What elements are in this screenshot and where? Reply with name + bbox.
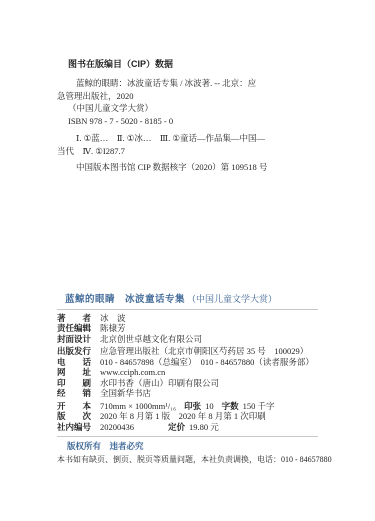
vertical-spacer [57, 174, 318, 293]
row-label: 出版发行 [57, 346, 91, 357]
row-subvalue: 19.80 元 [189, 422, 219, 432]
row-publisher: 出版发行应急管理出版社（北京市朝阳区芍药居 35 号 100029） [57, 346, 318, 357]
cip-line: （中国儿童文学大赏） [57, 102, 318, 115]
footer-block: 版权所有 违者必究 本书如有缺页、倒页、脱页等质量问题，本社负责调换，电话：01… [57, 441, 318, 466]
row-internal-number-price: 社内编号20200436定价19.80 元 [57, 422, 318, 433]
row-author: 著 者冰 波 [57, 313, 318, 324]
row-editor: 责任编辑陈棣芳 [57, 323, 318, 334]
row-phone: 电 话010 - 84657898（总编室） 010 - 84657880（读者… [57, 357, 318, 368]
row-value: 北京创世卓越文化有限公司 [100, 334, 202, 344]
row-website: 网 址www.cciph.com.cn [57, 367, 318, 378]
row-value: 710mm × 1000mm¹/₁₆ [100, 401, 176, 411]
cip-heading: 图书在版编目（CIP）数据 [57, 58, 318, 71]
colophon-table: 著 者冰 波 责任编辑陈棣芳 封面设计北京创世卓越文化有限公司 出版发行应急管理… [57, 313, 318, 433]
exchange-notice: 本书如有缺页、倒页、脱页等质量问题，本社负责调换，电话：010 - 846578… [57, 454, 318, 466]
cip-line: 蓝鲸的眼睛：冰波童话专集 / 冰波著. -- 北京：应 [57, 77, 318, 90]
row-cover-design: 封面设计北京创世卓越文化有限公司 [57, 334, 318, 345]
row-label: 社内编号 [57, 422, 91, 433]
row-value: 陈棣芳 [100, 323, 126, 333]
row-sublabel: 定价 [168, 422, 185, 432]
row-label: 著 者 [57, 313, 91, 324]
copyright-notice: 版权所有 违者必究 [67, 441, 318, 452]
divider-rule [57, 309, 318, 310]
cip-record-line: 中国版本图书馆 CIP 数据核字（2020）第 109518 号 [57, 161, 318, 174]
row-label: 电 话 [57, 357, 91, 368]
row-label: 开 本 [57, 401, 91, 412]
row-label: 版 次 [57, 411, 91, 422]
cip-class-line: 当代 Ⅳ. ①I287.7 [57, 145, 318, 158]
row-value: 全国新华书店 [100, 388, 151, 398]
row-subvalue: 10 [205, 401, 214, 411]
row-value: www.cciph.com.cn [100, 367, 165, 377]
row-value: 2020 年 8 月第 1 版 2020 年 8 月第 1 次印刷 [100, 411, 266, 421]
cip-block: 图书在版编目（CIP）数据 蓝鲸的眼睛：冰波童话专集 / 冰波著. -- 北京：… [57, 58, 318, 174]
row-label: 封面设计 [57, 334, 91, 345]
row-label: 责任编辑 [57, 323, 91, 334]
row-sublabel: 印张 [184, 401, 201, 411]
row-value: 010 - 84657898（总编室） 010 - 84657880（读者服务部… [100, 357, 314, 367]
row-value: 20200436 [100, 422, 160, 433]
divider-rule [57, 436, 318, 437]
row-format: 开 本710mm × 1000mm¹/₁₆印张10字数150 千字 [57, 401, 318, 412]
row-value: 冰 波 [100, 313, 126, 323]
series-title: （中国儿童文学大赏） [187, 294, 277, 304]
row-sublabel: 字数 [222, 401, 239, 411]
row-printer: 印 刷水印书香（唐山）印刷有限公司 [57, 378, 318, 389]
row-value: 水印书香（唐山）印刷有限公司 [100, 378, 219, 388]
row-edition: 版 次2020 年 8 月第 1 版 2020 年 8 月第 1 次印刷 [57, 411, 318, 422]
copyright-page: 图书在版编目（CIP）数据 蓝鲸的眼睛：冰波童话专集 / 冰波著. -- 北京：… [0, 0, 375, 521]
book-title-row: 蓝鲸的眼睛 冰波童话专集（中国儿童文学大赏） [65, 293, 318, 306]
row-label: 网 址 [57, 367, 91, 378]
cip-class-line: Ⅰ. ①蓝… Ⅱ. ①冰… Ⅲ. ①童话—作品集—中国— [57, 132, 318, 145]
row-subvalue: 150 千字 [243, 401, 275, 411]
row-label: 经 销 [57, 388, 91, 399]
row-value: 应急管理出版社（北京市朝阳区芍药居 35 号 100029） [100, 346, 308, 356]
book-title: 蓝鲸的眼睛 冰波童话专集 [65, 294, 185, 305]
row-distributor: 经 销全国新华书店 [57, 388, 318, 399]
row-label: 印 刷 [57, 378, 91, 389]
isbn-line: ISBN 978 - 7 - 5020 - 8185 - 0 [57, 115, 318, 128]
cip-line: 急管理出版社，2020 [57, 90, 318, 103]
